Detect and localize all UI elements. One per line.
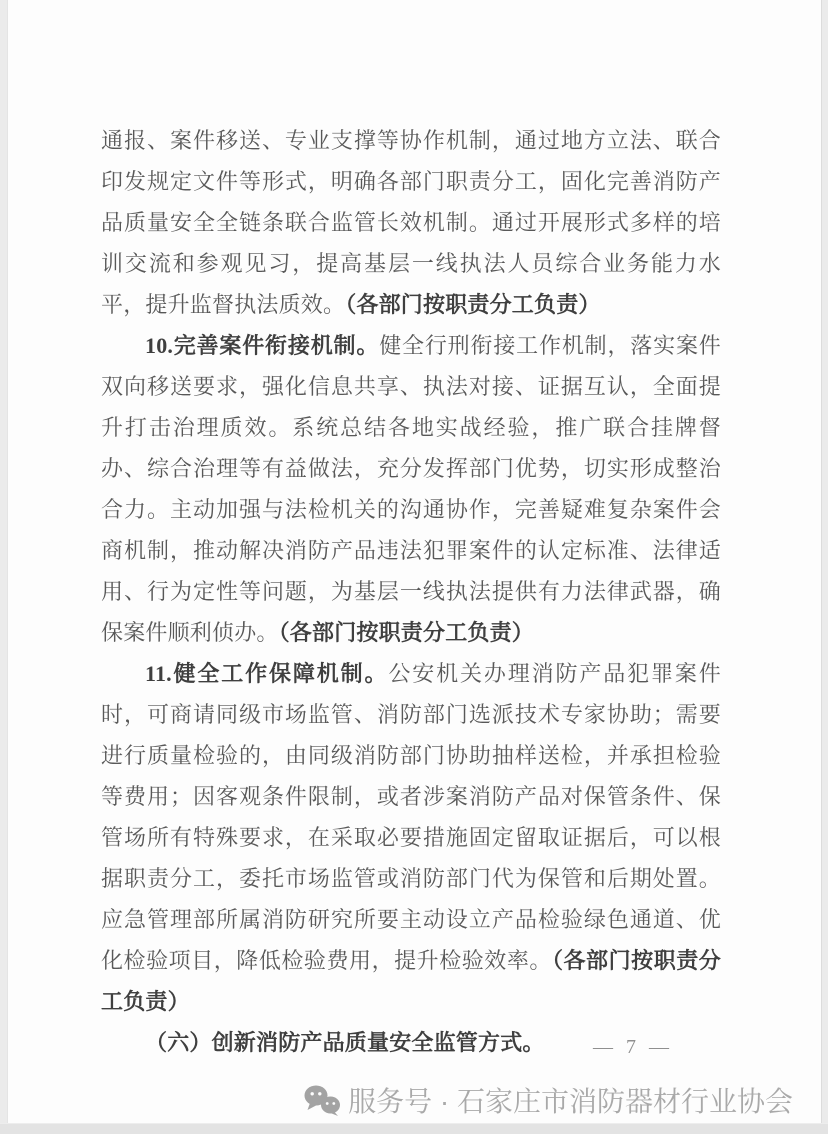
paragraph: 10.完善案件衔接机制。健全行刑衔接工作机制，落实案件双向移送要求，强化信息共享… (101, 325, 721, 653)
paragraph: 通报、案件移送、专业支撑等协作机制，通过地方立法、联合印发规定文件等形式，明确各… (101, 120, 721, 325)
footer-text: 服务号 · 石家庄市消防器材行业协会 (348, 1080, 793, 1120)
document-page: 通报、案件移送、专业支撑等协作机制，通过地方立法、联合印发规定文件等形式，明确各… (7, 0, 822, 1123)
wechat-icon (303, 1084, 341, 1116)
body-text: 公安机关办理消防产品犯罪案件时，可商请同级市场监管、消防部门选派技术专家协助；需… (101, 661, 721, 973)
paragraph: 11.健全工作保障机制。公安机关办理消防产品犯罪案件时，可商请同级市场监管、消防… (101, 653, 721, 1022)
bold-text: （各部门按职责分工负责） (345, 292, 600, 317)
bold-text: （六）创新消防产品质量安全监管方式。 (145, 1030, 545, 1055)
body-text: 健全行刑衔接工作机制，落实案件双向移送要求，强化信息共享、执法对接、证据互认，全… (101, 333, 721, 645)
footer-watermark: 服务号 · 石家庄市消防器材行业协会 (303, 1080, 793, 1120)
document-body: 通报、案件移送、专业支撑等协作机制，通过地方立法、联合印发规定文件等形式，明确各… (101, 120, 721, 1063)
body-text: 通报、案件移送、专业支撑等协作机制，通过地方立法、联合印发规定文件等形式，明确各… (101, 128, 721, 317)
page-number: — 7 — (593, 1036, 673, 1059)
bold-text: （各部门按职责分工负责） (279, 620, 534, 645)
bold-text: 10.完善案件衔接机制。 (145, 333, 379, 358)
bold-text: 11.健全工作保障机制。 (145, 661, 388, 686)
background-strip (0, 1123, 828, 1134)
